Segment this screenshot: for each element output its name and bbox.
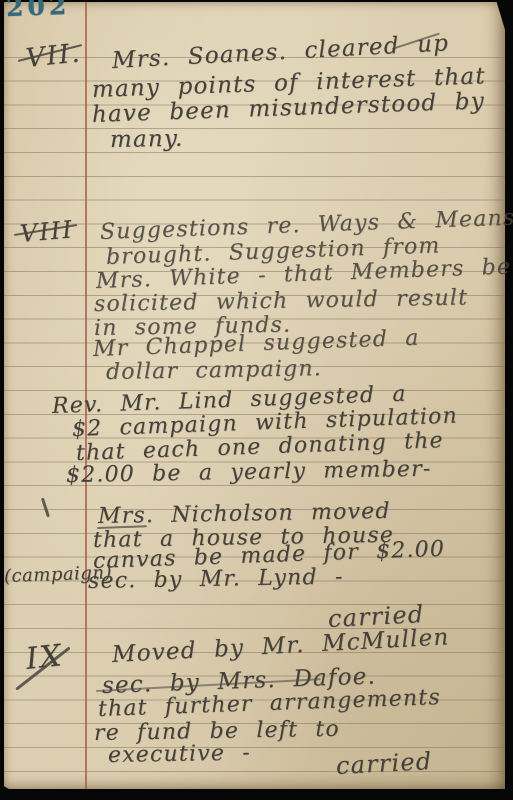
scanned-ledger-page: 202 VII. Mrs. Soanes. cleared up many po… — [0, 0, 513, 800]
dark-corner-bottom-left — [0, 784, 28, 800]
motion-result: carried — [335, 747, 433, 780]
page-number-stamp: 202 — [6, 0, 71, 22]
handwriting-line: dollar campaign. — [106, 356, 322, 385]
handwriting-line: sec. by Mr. Lynd - — [88, 565, 344, 594]
section-numeral-ix: IX — [24, 638, 65, 677]
handwriting-line: many. — [110, 126, 184, 153]
dark-corner-top-right — [496, 0, 513, 56]
handwriting-line: executive - — [108, 741, 251, 768]
